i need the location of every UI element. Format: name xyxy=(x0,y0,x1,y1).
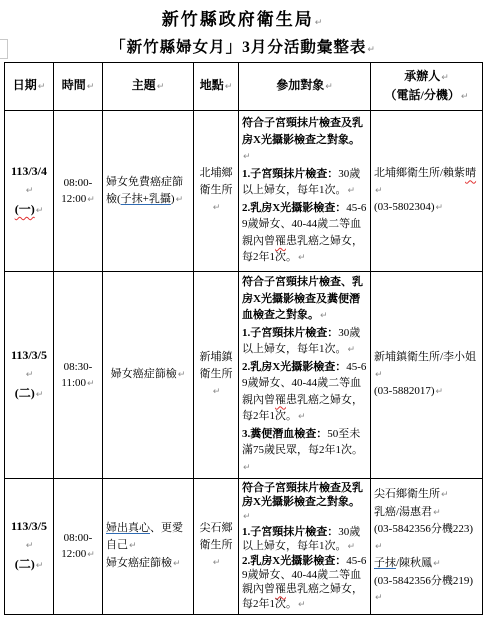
topic-link-text[interactable]: 子抹+乳攝 xyxy=(121,193,171,205)
col-header-organizer-sublabel: （電話/分機） xyxy=(385,88,460,102)
col-header-date: 日期↵ xyxy=(5,63,54,111)
line-break-icon: ↵ xyxy=(297,412,306,422)
line-break-icon: ↵ xyxy=(86,550,95,560)
location-value: 尖石鄉衛生所 xyxy=(200,522,233,551)
line-break-icon: ↵ xyxy=(347,186,356,196)
line-break-icon: ↵ xyxy=(35,561,44,571)
location-cell: 新埔鎮衛生所↵ xyxy=(194,272,239,479)
date-cell: 113/3/5↵ (二)↵ xyxy=(5,272,54,479)
audience-cell: 符合子宮頸抹片檢查、乳房X光攝影檢查及糞便潛血檢查之對象。↵ 1.子宮頸抹片檢查… xyxy=(239,272,371,479)
audience-cell: 符合子宮頸抹片檢查及乳房X光攝影檢查之對象。↵ 1.子宮頸抹片檢查：30歲以上婦… xyxy=(239,479,371,615)
date-value: 113/3/5 xyxy=(11,519,47,533)
page-title: 新竹縣政府衛生局↵ xyxy=(0,5,486,30)
col-header-topic: 主題↵ xyxy=(103,63,194,111)
time-end: 12:00 xyxy=(61,548,86,560)
topic-cell: 婦出真心、更愛自己↵ 婦女癌症篩檢↵ xyxy=(103,479,194,615)
col-header-time-label: 時間 xyxy=(62,78,86,92)
time-start: 08:00- xyxy=(64,532,93,544)
page-subtitle-text: 「新竹縣婦女月」3月分活動彙整表 xyxy=(110,39,366,56)
spellcheck-flagged-text: 罹 xyxy=(275,235,286,247)
line-break-icon: ↵ xyxy=(374,542,383,552)
spellcheck-flagged-text: 罹 xyxy=(275,583,286,595)
line-break-icon: ↵ xyxy=(435,387,444,397)
audience-intro: 符合子宮頸抹片檢查及乳房X光攝影檢查之對象。 xyxy=(242,117,363,146)
date-value: 113/3/5 xyxy=(11,348,47,362)
document-page: 新竹縣政府衛生局↵ 「新竹縣婦女月」3月分活動彙整表↵ 日期↵ 時間↵ 主題↵ … xyxy=(0,0,486,624)
line-break-icon: ↵ xyxy=(177,370,186,380)
table-row: 113/3/4↵ (一)↵ 08:00- 12:00↵ 婦女免費癌症篩檢(子抹+… xyxy=(5,111,483,272)
col-header-topic-label: 主題 xyxy=(132,78,156,92)
weekday-value: (一) xyxy=(15,202,35,216)
line-break-icon: ↵ xyxy=(242,463,251,473)
line-break-icon: ↵ xyxy=(156,82,165,92)
weekday-value: (二) xyxy=(15,557,35,571)
line-break-icon: ↵ xyxy=(440,490,449,500)
contact-phone: (03-5802304) xyxy=(374,201,435,213)
line-break-icon: ↵ xyxy=(366,45,376,55)
line-break-icon: ↵ xyxy=(432,559,441,569)
location-cell: 尖石鄉衛生所↵ xyxy=(194,479,239,615)
time-cell: 08:00- 12:00↵ xyxy=(54,479,103,615)
audience-item-label: 1.子宮頸抹片檢查： xyxy=(242,526,338,538)
line-break-icon: ↵ xyxy=(175,195,184,205)
line-break-icon: ↵ xyxy=(86,82,95,92)
line-break-icon: ↵ xyxy=(86,195,95,205)
page-subtitle: 「新竹縣婦女月」3月分活動彙整表↵ xyxy=(0,35,486,57)
line-break-icon: ↵ xyxy=(212,203,221,213)
date-cell: 113/3/5↵ (二)↵ xyxy=(5,479,54,615)
time-end: 12:00 xyxy=(61,193,86,205)
line-break-icon: ↵ xyxy=(432,508,441,518)
table-row: 113/3/5↵ (二)↵ 08:00- 12:00↵ 婦出真心、更愛自己↵ 婦… xyxy=(5,479,483,615)
table-row: 113/3/5↵ (二)↵ 08:30- 11:00↵ 婦女癌症篩檢↵ 新埔鎮衛… xyxy=(5,272,483,479)
audience-item-label: 2.乳房X光攝影檢查： xyxy=(242,361,346,373)
contact-cell: 新埔鎮衛生所/李小姐↵ (03-5882017)↵ xyxy=(371,272,483,479)
contact-name: 乳癌/湯惠君 xyxy=(374,506,432,518)
contact-phone: (03-5882017) xyxy=(374,385,435,397)
contact-org: 尖石鄉衛生所 xyxy=(374,488,440,500)
line-break-icon: ↵ xyxy=(297,600,306,610)
line-break-icon: ↵ xyxy=(297,253,306,263)
line-break-icon: ↵ xyxy=(435,203,444,213)
topic-text: 婦女癌症篩檢 xyxy=(106,557,172,569)
spellcheck-flagged-text: 晴 xyxy=(465,167,476,179)
line-break-icon: ↵ xyxy=(374,593,383,603)
audience-intro: 符合子宮頸抹片檢查及乳房X光攝影檢查之對象。 xyxy=(242,482,363,508)
line-break-icon: ↵ xyxy=(128,541,137,551)
line-break-icon: ↵ xyxy=(172,559,181,569)
topic-link-text[interactable]: 婦出真心 xyxy=(106,522,150,534)
line-break-icon: ↵ xyxy=(374,186,383,196)
col-header-location-label: 地點 xyxy=(200,78,224,92)
line-break-icon: ↵ xyxy=(35,206,44,216)
line-break-icon: ↵ xyxy=(242,152,251,162)
location-cell: 北埔鄉衛生所↵ xyxy=(194,111,239,272)
line-break-icon: ↵ xyxy=(374,370,383,380)
col-header-organizer: 承辦人↵ （電話/分機）↵ xyxy=(371,63,483,111)
location-value: 新埔鎮衛生所 xyxy=(200,351,233,380)
audience-item-label: 2.乳房X光攝影檢查： xyxy=(242,202,346,214)
topic-cell: 婦女免費癌症篩檢(子抹+乳攝)↵ xyxy=(103,111,194,272)
col-header-time: 時間↵ xyxy=(54,63,103,111)
time-cell: 08:30- 11:00↵ xyxy=(54,272,103,479)
line-break-icon: ↵ xyxy=(440,73,449,83)
audience-item-label: 1.子宮頸抹片檢查： xyxy=(242,327,338,339)
audience-item-label: 2.乳房X光攝影檢查： xyxy=(242,555,346,567)
topic-cell: 婦女癌症篩檢↵ xyxy=(103,272,194,479)
contact-phone: (03-5842356分機219) xyxy=(374,575,473,587)
line-break-icon: ↵ xyxy=(224,82,233,92)
header-row: 日期↵ 時間↵ 主題↵ 地點↵ 參加對象↵ 承辦人↵ （電話/分機）↵ xyxy=(5,63,483,111)
schedule-table: 日期↵ 時間↵ 主題↵ 地點↵ 參加對象↵ 承辦人↵ （電話/分機）↵ 113/… xyxy=(4,62,483,615)
col-header-audience: 參加對象↵ xyxy=(239,63,371,111)
time-cell: 08:00- 12:00↵ xyxy=(54,111,103,272)
topic-text: ) xyxy=(171,193,175,205)
col-header-audience-label: 參加對象 xyxy=(276,78,324,92)
line-break-icon: ↵ xyxy=(35,390,44,400)
line-break-icon: ↵ xyxy=(25,186,34,196)
contact-name: 北埔鄉衛生所/賴紫 xyxy=(374,167,465,179)
line-break-icon: ↵ xyxy=(460,92,469,102)
col-header-location: 地點↵ xyxy=(194,63,239,111)
weekday-value: (二) xyxy=(15,386,35,400)
line-break-icon: ↵ xyxy=(319,311,328,321)
topic-text: 婦女癌症篩檢 xyxy=(111,368,177,380)
location-value: 北埔鄉衛生所 xyxy=(200,167,233,196)
time-start: 08:00- xyxy=(64,177,93,189)
time-start: 08:30- xyxy=(64,361,93,373)
contact-name: /陳秋鳳 xyxy=(396,557,432,569)
contact-cell: 北埔鄉衛生所/賴紫晴↵ (03-5802304)↵ xyxy=(371,111,483,272)
line-break-icon: ↵ xyxy=(212,558,221,568)
date-value: 113/3/4 xyxy=(11,164,47,178)
margin-artifact xyxy=(0,39,8,59)
audience-intro: 符合子宮頸抹片檢查、乳房X光攝影檢查及糞便潛血檢查之對象。 xyxy=(242,276,363,321)
col-header-organizer-label: 承辦人 xyxy=(404,69,440,83)
line-break-icon: ↵ xyxy=(86,379,95,389)
date-cell: 113/3/4↵ (一)↵ xyxy=(5,111,54,272)
audience-cell: 符合子宮頸抹片檢查及乳房X光攝影檢查之對象。↵ 1.子宮頸抹片檢查：30歲以上婦… xyxy=(239,111,371,272)
line-break-icon: ↵ xyxy=(212,387,221,397)
audience-item-label: 3.糞便潛血檢查： xyxy=(242,428,327,440)
col-header-date-label: 日期 xyxy=(13,78,37,92)
time-end: 11:00 xyxy=(61,377,86,389)
line-break-icon: ↵ xyxy=(25,370,34,380)
line-break-icon: ↵ xyxy=(314,18,325,28)
contact-phone: (03-5842356分機223) xyxy=(374,523,473,535)
line-break-icon: ↵ xyxy=(242,512,251,522)
spellcheck-flagged-text: 罹 xyxy=(275,394,286,406)
page-title-text: 新竹縣政府衛生局 xyxy=(162,10,314,29)
line-break-icon: ↵ xyxy=(37,82,46,92)
line-break-icon: ↵ xyxy=(347,345,356,355)
line-break-icon: ↵ xyxy=(25,541,34,551)
audience-item-label: 1.子宮頸抹片檢查： xyxy=(242,168,338,180)
line-break-icon: ↵ xyxy=(347,542,356,552)
contact-name: 新埔鎮衛生所/李小姐 xyxy=(374,351,476,363)
contact-cell: 尖石鄉衛生所↵ 乳癌/湯惠君↵ (03-5842356分機223)↵ 子抹/陳秋… xyxy=(371,479,483,615)
contact-link-text[interactable]: 子抹 xyxy=(374,557,396,569)
line-break-icon: ↵ xyxy=(324,82,333,92)
